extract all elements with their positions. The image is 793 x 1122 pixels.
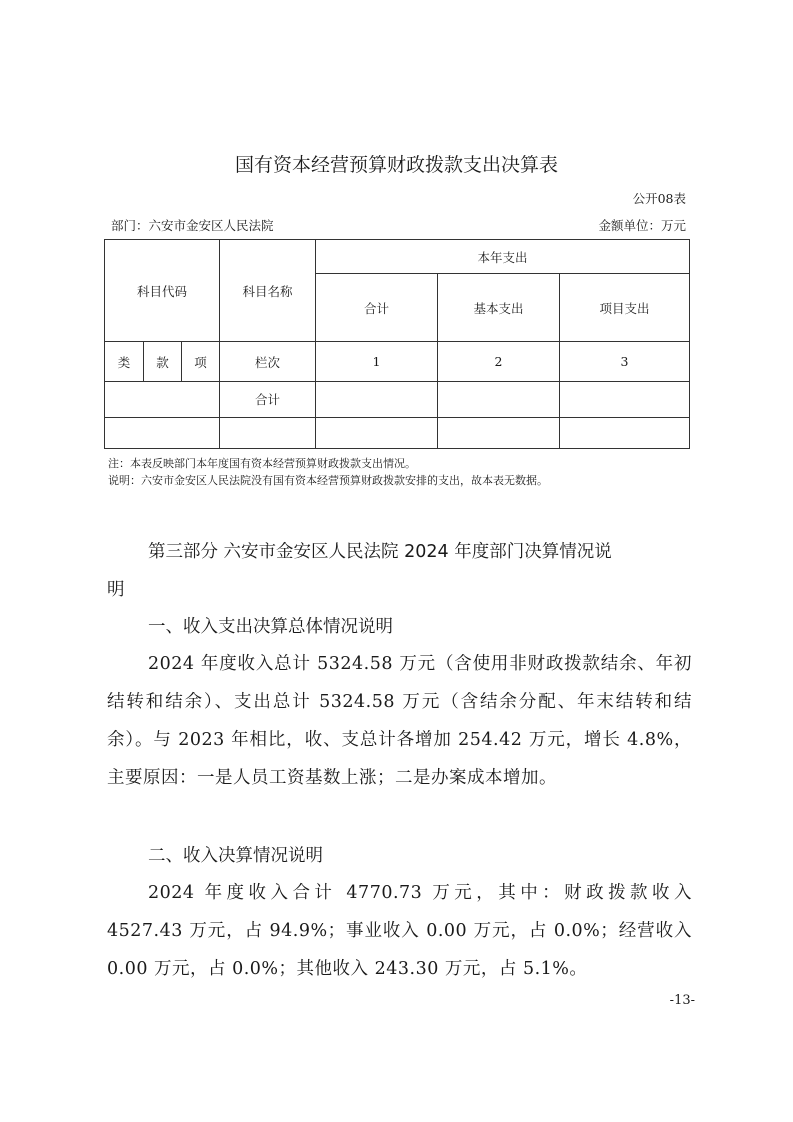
subheading-overall: 一、收入支出决算总体情况说明 bbox=[148, 613, 393, 638]
cell-code bbox=[105, 418, 220, 449]
page-number: -13- bbox=[670, 993, 695, 1008]
header-project-expense: 项目支出 bbox=[560, 274, 690, 342]
cell-code bbox=[105, 382, 220, 418]
subheading-income: 二、收入决算情况说明 bbox=[148, 842, 323, 867]
unit-label: 金额单位：万元 bbox=[598, 216, 686, 234]
table-title: 国有资本经营预算财政拨款支出决算表 bbox=[0, 150, 793, 177]
table-note: 注：本表反映部门本年度国有资本经营预算财政拨款支出情况。 bbox=[108, 455, 416, 471]
header-item: 项 bbox=[182, 342, 220, 382]
cell-basic bbox=[438, 418, 560, 449]
paragraph-overall: 2024 年度收入总计 5324.58 万元（含使用非财政拨款结余、年初结转和结… bbox=[107, 645, 692, 797]
cell-name bbox=[220, 418, 316, 449]
header-section: 款 bbox=[144, 342, 182, 382]
header-basic-expense: 基本支出 bbox=[438, 274, 560, 342]
cell-total bbox=[316, 418, 438, 449]
column-number-1: 1 bbox=[316, 342, 438, 382]
cell-project bbox=[560, 418, 690, 449]
cell-project bbox=[560, 382, 690, 418]
header-subject-code: 科目代码 bbox=[105, 240, 220, 342]
header-current-year-expense: 本年支出 bbox=[316, 240, 690, 274]
section-heading: 第三部分 六安市金安区人民法院 2024 年度部门决算情况说 bbox=[148, 538, 612, 563]
cell-total bbox=[316, 382, 438, 418]
paragraph-income: 2024 年度收入合计 4770.73 万元，其中：财政拨款收入 4527.43… bbox=[107, 874, 692, 988]
column-number-2: 2 bbox=[438, 342, 560, 382]
column-number-3: 3 bbox=[560, 342, 690, 382]
department-label: 部门：六安市金安区人民法院 bbox=[111, 216, 274, 234]
section-heading-continued: 明 bbox=[107, 576, 125, 601]
header-subject-name: 科目名称 bbox=[220, 240, 316, 342]
header-column-index: 栏次 bbox=[220, 342, 316, 382]
table-row bbox=[105, 418, 690, 449]
table-row: 合计 bbox=[105, 382, 690, 418]
cell-name: 合计 bbox=[220, 382, 316, 418]
header-total: 合计 bbox=[316, 274, 438, 342]
expense-table: 科目代码 科目名称 本年支出 合计 基本支出 项目支出 类 款 项 栏次 1 2… bbox=[104, 239, 690, 449]
cell-basic bbox=[438, 382, 560, 418]
header-category: 类 bbox=[105, 342, 144, 382]
table-explanation: 说明：六安市金安区人民法院没有国有资本经营预算财政拨款安排的支出，故本表无数据。 bbox=[108, 472, 548, 488]
table-code: 公开08表 bbox=[633, 189, 686, 207]
